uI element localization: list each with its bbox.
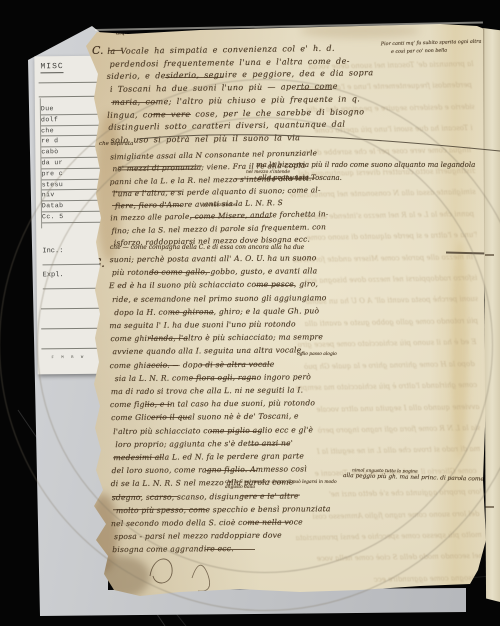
ink-strikethrough [118,166,202,168]
edge-ink-mark [485,506,494,508]
ink-strikethrough [108,50,122,51]
ink-strikethrough [119,169,197,171]
ink-underline [148,338,188,339]
adjacent-page-edge [483,28,500,602]
card-title: MISC [40,62,63,73]
card-footer: F M B W [51,356,85,360]
ink-underline [210,431,262,432]
ink-underline [111,102,157,103]
ink-underline [148,365,178,366]
ink-underline [190,378,256,379]
ink-strikethrough [200,364,270,366]
ink-strikethrough [113,509,171,511]
ink-underline [150,417,190,418]
ink-strikethrough [240,495,300,497]
ink-underline [168,509,206,510]
manuscript-photograph: MISC Duedolfchere dcabòda urpre cstesuni… [0,0,500,626]
ink-underline [190,217,270,218]
ink-underline [205,470,257,471]
edge-ink-mark [485,254,494,256]
ink-underline [112,205,182,206]
ink-strikethrough [113,457,163,459]
ink-underline [205,549,255,550]
explicit-label: Expl. [43,270,64,280]
ink-underline [255,285,295,286]
ink-strikethrough [235,178,315,180]
ink-underline [145,404,171,405]
ink-underline [151,114,191,115]
ink-underline [296,89,332,90]
ink-underline [112,496,142,497]
ink-underline [165,77,223,78]
ink-underline [150,272,210,273]
ink-strikethrough [112,191,182,193]
incipit-label: Inc.: [42,246,63,256]
ink-strikethrough [250,444,290,446]
ink-underline [170,312,214,313]
ink-strikethrough [247,522,291,524]
ink-underline [150,496,178,497]
card-field-incipit: Inc.: [42,246,106,266]
